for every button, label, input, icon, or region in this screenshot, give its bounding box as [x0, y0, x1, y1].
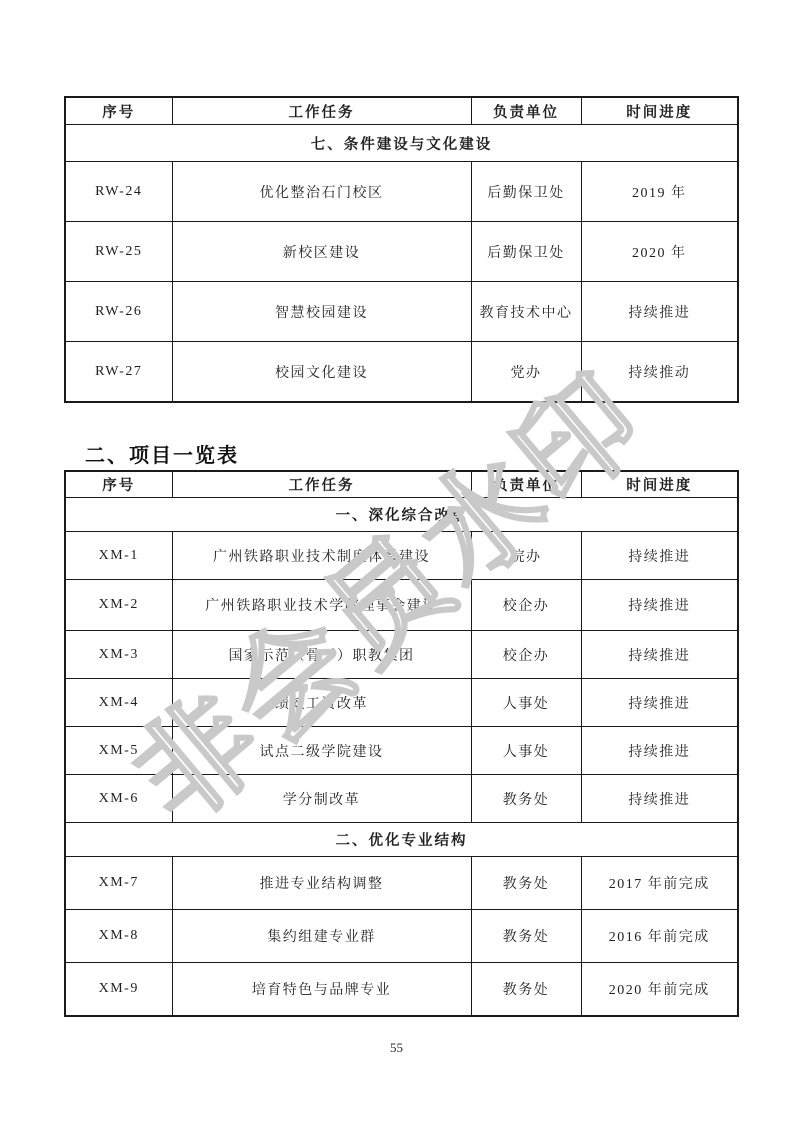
- cell-id: RW-24: [65, 162, 172, 222]
- cell-id: XM-6: [65, 775, 172, 823]
- cell-task: 广州铁路职业技术制度体系建设: [172, 532, 471, 580]
- cell-id: XM-1: [65, 532, 172, 580]
- table-row: RW-26 智慧校园建设 教育技术中心 持续推进: [65, 282, 738, 342]
- tasks-table-rw: 序号 工作任务 负责单位 时间进度 七、条件建设与文化建设 RW-24 优化整治…: [64, 96, 739, 403]
- cell-id: XM-5: [65, 727, 172, 775]
- cell-task: 国家示范（骨干）职教集团: [172, 631, 471, 679]
- cell-unit: 教务处: [471, 910, 581, 963]
- column-header-time: 时间进度: [581, 97, 738, 125]
- section-row: 七、条件建设与文化建设: [65, 125, 738, 162]
- section-title: 二、优化专业结构: [65, 823, 738, 857]
- cell-id: XM-7: [65, 857, 172, 910]
- cell-unit: 后勤保卫处: [471, 222, 581, 282]
- table-row: XM-2 广州铁路职业技术学院理事会建设 校企办 持续推进: [65, 580, 738, 631]
- table-row: XM-8 集约组建专业群 教务处 2016 年前完成: [65, 910, 738, 963]
- column-header-task: 工作任务: [172, 471, 471, 498]
- cell-unit: 后勤保卫处: [471, 162, 581, 222]
- cell-unit: 院办: [471, 532, 581, 580]
- cell-id: XM-2: [65, 580, 172, 631]
- cell-time: 2017 年前完成: [581, 857, 738, 910]
- table-row: XM-1 广州铁路职业技术制度体系建设 院办 持续推进: [65, 532, 738, 580]
- table-row: RW-27 校园文化建设 党办 持续推动: [65, 342, 738, 403]
- cell-task: 培育特色与品牌专业: [172, 963, 471, 1017]
- table-row: XM-9 培育特色与品牌专业 教务处 2020 年前完成: [65, 963, 738, 1017]
- cell-time: 持续推进: [581, 775, 738, 823]
- cell-time: 持续推进: [581, 679, 738, 727]
- column-header-seq: 序号: [65, 97, 172, 125]
- cell-unit: 人事处: [471, 727, 581, 775]
- cell-unit: 教务处: [471, 775, 581, 823]
- table-row: XM-5 试点二级学院建设 人事处 持续推进: [65, 727, 738, 775]
- cell-task: 集约组建专业群: [172, 910, 471, 963]
- cell-id: XM-8: [65, 910, 172, 963]
- cell-task: 校园文化建设: [172, 342, 471, 403]
- cell-time: 2020 年: [581, 222, 738, 282]
- cell-time: 持续推进: [581, 532, 738, 580]
- cell-time: 持续推进: [581, 580, 738, 631]
- cell-unit: 教务处: [471, 963, 581, 1017]
- page-number: 55: [0, 1040, 793, 1056]
- cell-task: 绩效工资改革: [172, 679, 471, 727]
- cell-unit: 教育技术中心: [471, 282, 581, 342]
- cell-task: 学分制改革: [172, 775, 471, 823]
- cell-time: 持续推进: [581, 727, 738, 775]
- cell-id: XM-4: [65, 679, 172, 727]
- table-row: XM-3 国家示范（骨干）职教集团 校企办 持续推进: [65, 631, 738, 679]
- table-row: XM-4 绩效工资改革 人事处 持续推进: [65, 679, 738, 727]
- cell-id: RW-25: [65, 222, 172, 282]
- cell-task: 广州铁路职业技术学院理事会建设: [172, 580, 471, 631]
- table-header-row: 序号 工作任务 负责单位 时间进度: [65, 97, 738, 125]
- table-row: RW-24 优化整治石门校区 后勤保卫处 2019 年: [65, 162, 738, 222]
- cell-time: 2020 年前完成: [581, 963, 738, 1017]
- projects-table-xm: 序号 工作任务 负责单位 时间进度 一、深化综合改革 XM-1 广州铁路职业技术…: [64, 470, 739, 1017]
- cell-time: 持续推进: [581, 631, 738, 679]
- column-header-task: 工作任务: [172, 97, 471, 125]
- cell-unit: 校企办: [471, 631, 581, 679]
- section-row: 二、优化专业结构: [65, 823, 738, 857]
- cell-time: 2019 年: [581, 162, 738, 222]
- column-header-time: 时间进度: [581, 471, 738, 498]
- table-row: XM-6 学分制改革 教务处 持续推进: [65, 775, 738, 823]
- cell-task: 新校区建设: [172, 222, 471, 282]
- cell-task: 试点二级学院建设: [172, 727, 471, 775]
- column-header-unit: 负责单位: [471, 97, 581, 125]
- section-title: 一、深化综合改革: [65, 498, 738, 532]
- cell-task: 智慧校园建设: [172, 282, 471, 342]
- section-title: 七、条件建设与文化建设: [65, 125, 738, 162]
- cell-unit: 人事处: [471, 679, 581, 727]
- cell-id: RW-26: [65, 282, 172, 342]
- cell-time: 2016 年前完成: [581, 910, 738, 963]
- table-row: XM-7 推进专业结构调整 教务处 2017 年前完成: [65, 857, 738, 910]
- cell-task: 推进专业结构调整: [172, 857, 471, 910]
- section-heading: 二、项目一览表: [85, 439, 239, 468]
- section-row: 一、深化综合改革: [65, 498, 738, 532]
- cell-time: 持续推动: [581, 342, 738, 403]
- document-page: 非会员水印 序号 工作任务 负责单位 时间进度 七、条件建设与文化建设 RW-2…: [0, 0, 793, 1122]
- column-header-seq: 序号: [65, 471, 172, 498]
- column-header-unit: 负责单位: [471, 471, 581, 498]
- cell-unit: 党办: [471, 342, 581, 403]
- cell-id: RW-27: [65, 342, 172, 403]
- cell-unit: 校企办: [471, 580, 581, 631]
- cell-id: XM-3: [65, 631, 172, 679]
- cell-unit: 教务处: [471, 857, 581, 910]
- cell-id: XM-9: [65, 963, 172, 1017]
- cell-task: 优化整治石门校区: [172, 162, 471, 222]
- table-row: RW-25 新校区建设 后勤保卫处 2020 年: [65, 222, 738, 282]
- table-header-row: 序号 工作任务 负责单位 时间进度: [65, 471, 738, 498]
- cell-time: 持续推进: [581, 282, 738, 342]
